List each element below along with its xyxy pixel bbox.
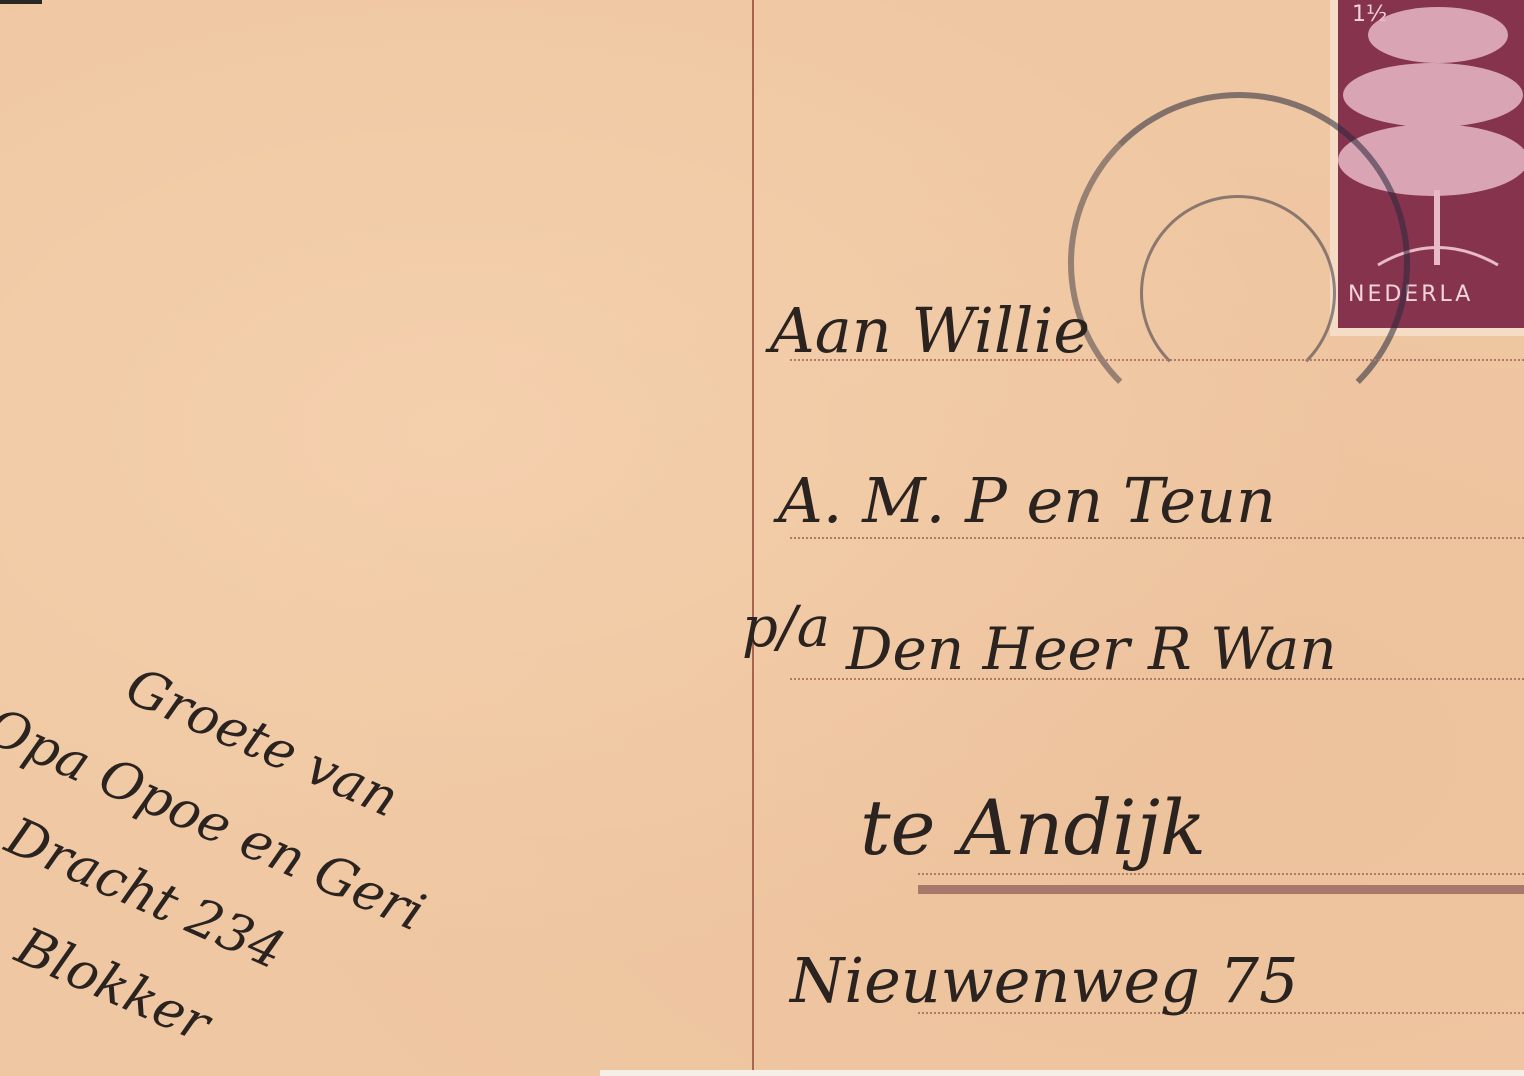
address-rule-2 [790, 537, 1524, 539]
address-town: te Andijk [860, 790, 1206, 866]
address-name: A. M. P en Teun [778, 470, 1276, 532]
center-divider-line [752, 0, 754, 1076]
card-bottom-edge [600, 1070, 1524, 1076]
address-care-of: p/a [742, 600, 830, 656]
corner-tab [0, 0, 42, 4]
postcard: 1½ NEDERLA Aan Willie A. M. P en Teun p/… [0, 0, 1524, 1076]
postmark-inner-ring [1140, 195, 1336, 391]
greeting-message: Groete van Opa Opoe en Geri Dracht 234 B… [0, 640, 620, 1076]
address-host: Den Heer R Wan [846, 620, 1337, 678]
address-street: Nieuwenweg 75 [790, 950, 1298, 1012]
address-rule-4-underline [918, 885, 1524, 894]
address-rule-4 [918, 873, 1524, 875]
address-recipient: Aan Willie [770, 300, 1090, 362]
